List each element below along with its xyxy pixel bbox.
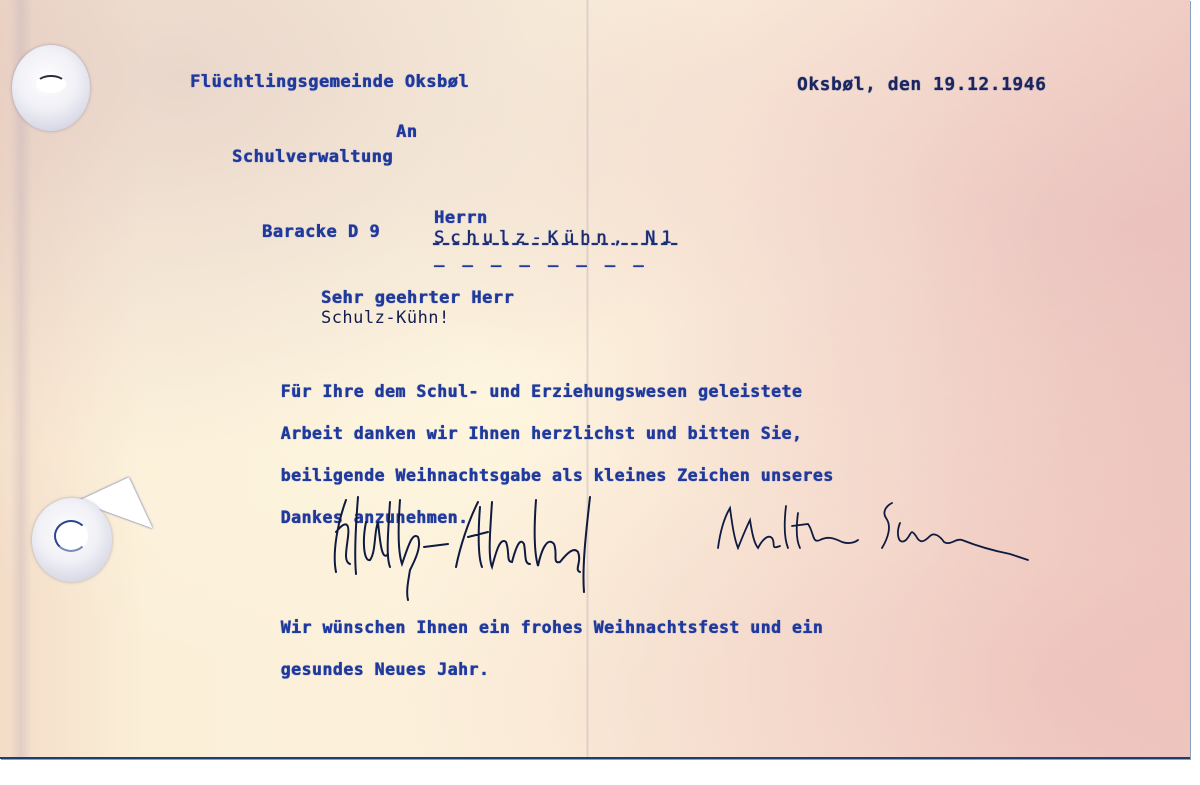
body-line: beiligende Weihnachtsgabe als kleines Ze…: [281, 466, 834, 485]
body-line: gesundes Neues Jahr.: [281, 660, 490, 679]
letterhead-organization: Flüchtlingsgemeinde Oksbøl: [190, 70, 469, 95]
body-paragraph-2: Wir wünschen Ihnen ein frohes Weihnachts…: [218, 596, 834, 701]
body-line: Für Ihre dem Schul- und Erziehungswesen …: [281, 382, 803, 401]
signature-left: Schultz-Altenhof: [328, 492, 618, 602]
punch-hole-top: [12, 45, 90, 131]
recipient-name: Schulz-Kühn, N1: [434, 228, 678, 248]
date-line: Oksbøl, den 19.12.1946: [797, 74, 1046, 95]
recipient-prefix: Herrn: [434, 208, 488, 228]
signature-right: Walter Sauer: [710, 498, 1035, 568]
body-line: Arbeit danken wir Ihnen herzlichst und b…: [281, 424, 803, 443]
letter-paper: Flüchtlingsgemeinde Oksbøl Schulverwaltu…: [0, 0, 1190, 759]
punch-hole-bottom: [32, 498, 112, 582]
recipient-dashes: _ _ _ _ _ _ _ _: [434, 248, 648, 268]
body-line: Wir wünschen Ihnen ein frohes Weihnachts…: [281, 618, 824, 637]
letterhead-department: Schulverwaltung: [190, 145, 469, 170]
recipient-to-label: An: [396, 122, 417, 142]
salutation-typed: Sehr geehrter Herr: [321, 288, 514, 308]
